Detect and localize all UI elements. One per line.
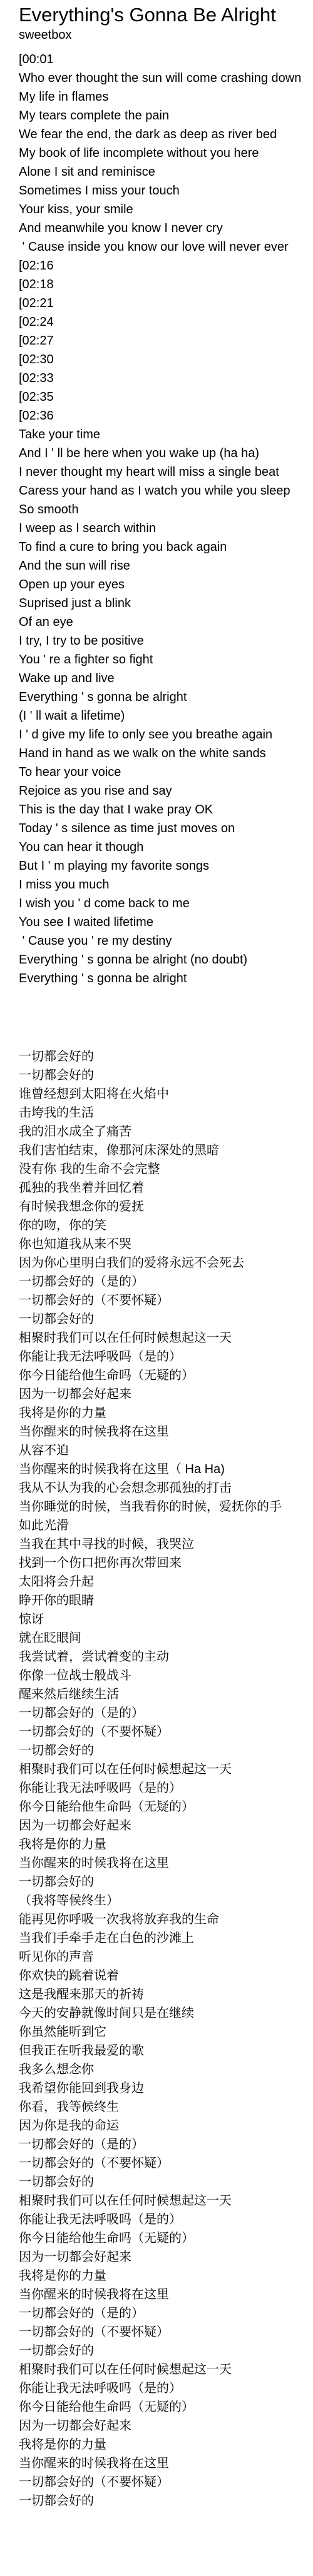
lyric-line: 当你醒来的时候我将在这里（ Ha Ha) (19, 1460, 313, 1479)
lyric-line: 因为你是我的命运 (19, 2116, 313, 2135)
lyric-line: 你今日能给他生命吗（无疑的） (19, 1798, 313, 1816)
lyric-line: Everything ' s gonna be alright (19, 688, 313, 707)
lyric-line: 因为一切都会好起来 (19, 1385, 313, 1404)
lyric-line: [02:33 (19, 369, 313, 388)
lyric-line: 你能让我无法呼吸吗（是的） (19, 1347, 313, 1366)
lyric-line: My book of life incomplete without you h… (19, 144, 313, 163)
lyric-line: Who ever thought the sun will come crash… (19, 69, 313, 88)
lyric-line: 惊讶 (19, 1610, 313, 1629)
lyric-line: 当我们手牵手走在白色的沙滩上 (19, 1929, 313, 1948)
lyric-line: Hand in hand as we walk on the white san… (19, 744, 313, 763)
lyric-line: Today ' s silence as time just moves on (19, 819, 313, 838)
lyric-line: 你能让我无法呼吸吗（是的） (19, 2210, 313, 2229)
lyric-line: [02:16 (19, 256, 313, 275)
lyric-line: [00:01 (19, 50, 313, 69)
lyric-line: Take your time (19, 425, 313, 444)
lyric-line: 当你睡觉的时候，当我看你的时候，爱抚你的手 (19, 1497, 313, 1516)
lyric-line: My tears complete the pain (19, 106, 313, 125)
lyric-line: 醒来然后继续生活 (19, 1685, 313, 1704)
lyric-line: But I ' m playing my favorite songs (19, 857, 313, 875)
lyric-line: [02:27 (19, 331, 313, 350)
lyric-line: 当你醒来的时候我将在这里 (19, 1854, 313, 1873)
lyric-line: 你的吻，你的笑 (19, 1216, 313, 1235)
lyric-line: ' Cause inside you know our love will ne… (19, 238, 313, 256)
lyric-line: 因为一切都会好起来 (19, 1816, 313, 1835)
lyric-line: Rejoice as you rise and say (19, 782, 313, 800)
lyric-line: 你虽然能听到它 (19, 2023, 313, 2041)
lyric-line: 相聚时我们可以在任何时候想起这一天 (19, 2191, 313, 2210)
lyric-line: 一切都会好的（不要怀疑） (19, 1723, 313, 1741)
lyric-line: 你今日能给他生命吗（无疑的） (19, 2229, 313, 2248)
lyric-line: To hear your voice (19, 763, 313, 782)
lyrics-chinese-section: 一切都会好的一切都会好的谁曾经想到太阳将在火焰中击垮我的生活我的泪水成全了痛苦我… (19, 1047, 313, 2510)
lyric-line: I wish you ' d come back to me (19, 894, 313, 913)
lyric-line: 今天的安静就像时间只是在继续 (19, 2004, 313, 2023)
lyric-line: I weep as I search within (19, 519, 313, 538)
lyric-line: 但我正在听我最爱的歌 (19, 2041, 313, 2060)
lyric-line: 你看，我等候终生 (19, 2098, 313, 2116)
lyric-line: 没有你 我的生命不会完整 (19, 1160, 313, 1179)
lyric-line: 一切都会好的 (19, 1066, 313, 1085)
lyric-line: Your kiss, your smile (19, 200, 313, 219)
lyric-line: 你今日能给他生命吗（无疑的） (19, 1366, 313, 1385)
lyric-line: I miss you much (19, 875, 313, 894)
lyric-line: 我希望你能回到我身边 (19, 2079, 313, 2098)
lyric-line: Wake up and live (19, 669, 313, 688)
lyric-line: 因为一切都会好起来 (19, 2417, 313, 2435)
lyric-line: We fear the end, the dark as deep as riv… (19, 125, 313, 144)
lyric-line: 我将是你的力量 (19, 2435, 313, 2454)
lyric-line: 找到一个伤口把你再次带回来 (19, 1554, 313, 1572)
lyric-line: 我们害怕结束，像那河床深处的黑暗 (19, 1141, 313, 1160)
lyric-line: [02:35 (19, 388, 313, 406)
lyric-line: 一切都会好的 (19, 1047, 313, 1066)
lyric-line: 击垮我的生活 (19, 1104, 313, 1122)
lyric-line: 一切都会好的（是的） (19, 2135, 313, 2154)
lyric-line: 你像一位战士般战斗 (19, 1666, 313, 1685)
lyric-line: And meanwhile you know I never cry (19, 219, 313, 238)
lyric-line: Open up your eyes (19, 575, 313, 594)
lyric-line: Alone I sit and reminisce (19, 163, 313, 181)
lyric-line: 当你醒来的时候我将在这里 (19, 2285, 313, 2304)
lyric-line: To find a cure to bring you back again (19, 538, 313, 556)
lyric-line: My life in flames (19, 88, 313, 106)
lyric-line: [02:24 (19, 313, 313, 331)
lyric-line: 你能让我无法呼吸吗（是的） (19, 2379, 313, 2398)
lyric-line: 一切都会好的（是的） (19, 1704, 313, 1723)
artist-name: sweetbox (19, 27, 313, 44)
lyric-line: 一切都会好的 (19, 1310, 313, 1329)
lyric-line: 相聚时我们可以在任何时候想起这一天 (19, 2360, 313, 2379)
lyric-line: 一切都会好的（不要怀疑） (19, 2473, 313, 2492)
lyric-line: 我将是你的力量 (19, 1835, 313, 1854)
lyric-line: 从容不迫 (19, 1441, 313, 1460)
lyric-line: [02:21 (19, 294, 313, 313)
lyric-line: 我从不认为我的心会想念那孤独的打击 (19, 1479, 313, 1497)
lyric-line: You ' re a fighter so fight (19, 650, 313, 669)
lyric-line: 我将是你的力量 (19, 2267, 313, 2285)
lyric-line: 一切都会好的（不要怀疑） (19, 2323, 313, 2342)
lyric-line: 一切都会好的 (19, 1873, 313, 1891)
lyric-line: 我的泪水成全了痛苦 (19, 1122, 313, 1141)
lyric-line: And I ' ll be here when you wake up (ha … (19, 444, 313, 463)
lyric-line: 一切都会好的（不要怀疑） (19, 1291, 313, 1310)
lyric-line: 相聚时我们可以在任何时候想起这一天 (19, 1760, 313, 1779)
lyric-line: 一切都会好的 (19, 1741, 313, 1760)
lyric-line: 孤独的我坐着并回忆着 (19, 1179, 313, 1197)
lyric-line: 一切都会好的 (19, 2342, 313, 2360)
lyric-line: （我将等候终生） (19, 1891, 313, 1910)
lyric-line: ' Cause you ' re my destiny (19, 932, 313, 950)
lyric-line: Everything ' s gonna be alright (no doub… (19, 950, 313, 969)
song-title: Everything's Gonna Be Alright (19, 3, 313, 27)
lyric-line: 我尝试着，尝试着变的主动 (19, 1648, 313, 1666)
lyric-line: 听见你的声音 (19, 1948, 313, 1966)
lyric-line: 谁曾经想到太阳将在火焰中 (19, 1085, 313, 1104)
lyric-line: 当你醒来的时候我将在这里 (19, 2454, 313, 2473)
lyric-line: And the sun will rise (19, 556, 313, 575)
lyric-line: 就在眨眼间 (19, 1629, 313, 1648)
lyric-line: 太阳将会升起 (19, 1572, 313, 1591)
lyric-line: 你也知道我从来不哭 (19, 1235, 313, 1254)
lyric-line: [02:36 (19, 406, 313, 425)
lyric-line: You can hear it though (19, 838, 313, 857)
lyrics-page: Everything's Gonna Be Alright sweetbox [… (0, 0, 313, 2576)
lyric-line: Of an eye (19, 613, 313, 631)
lyric-line: This is the day that I wake pray OK (19, 800, 313, 819)
lyric-line: I never thought my heart will miss a sin… (19, 463, 313, 481)
lyric-line: 一切都会好的（是的） (19, 2304, 313, 2323)
lyric-line: 我将是你的力量 (19, 1404, 313, 1422)
lyric-line: Suprised just a blink (19, 594, 313, 613)
lyric-line: 你欢快的跳着说着 (19, 1966, 313, 1985)
lyric-line: [02:30 (19, 350, 313, 369)
lyric-line: You see I waited lifetime (19, 913, 313, 932)
lyric-line: 一切都会好的 (19, 2173, 313, 2191)
lyric-line: 相聚时我们可以在任何时候想起这一天 (19, 1329, 313, 1347)
lyric-line: 能再见你呼吸一次我将放弃我的生命 (19, 1910, 313, 1929)
lyric-line: 有时候我想念你的爱抚 (19, 1197, 313, 1216)
lyric-line: 一切都会好的 (19, 2492, 313, 2510)
lyric-line: 当你醒来的时候我将在这里 (19, 1422, 313, 1441)
lyric-line: Sometimes I miss your touch (19, 181, 313, 200)
lyric-line: Caress your hand as I watch you while yo… (19, 481, 313, 500)
lyric-line: [02:18 (19, 275, 313, 294)
lyric-line: 一切都会好的（不要怀疑） (19, 2154, 313, 2173)
lyric-line: 因为一切都会好起来 (19, 2248, 313, 2267)
lyric-line: 你能让我无法呼吸吗（是的） (19, 1779, 313, 1798)
lyric-line: 一切都会好的（是的） (19, 1272, 313, 1291)
lyric-line: Everything ' s gonna be alright (19, 969, 313, 988)
lyric-line: 因为你心里明白我们的爱将永远不会死去 (19, 1254, 313, 1272)
lyric-line: 睁开你的眼睛 (19, 1591, 313, 1610)
lyric-line: 如此光滑 (19, 1516, 313, 1535)
lyric-line: I ' d give my life to only see you breat… (19, 725, 313, 744)
lyric-line: 这是我醒来那天的祈祷 (19, 1985, 313, 2004)
lyric-line: (I ' ll wait a lifetime) (19, 707, 313, 725)
lyric-line: I try, I try to be positive (19, 631, 313, 650)
lyric-line: 我多么想念你 (19, 2060, 313, 2079)
lyric-line: 当我在其中寻找的时候，我哭泣 (19, 1535, 313, 1554)
lyrics-english-section: [00:01Who ever thought the sun will come… (19, 50, 313, 988)
lyric-line: So smooth (19, 500, 313, 519)
lyric-line: 你今日能给他生命吗（无疑的） (19, 2398, 313, 2417)
